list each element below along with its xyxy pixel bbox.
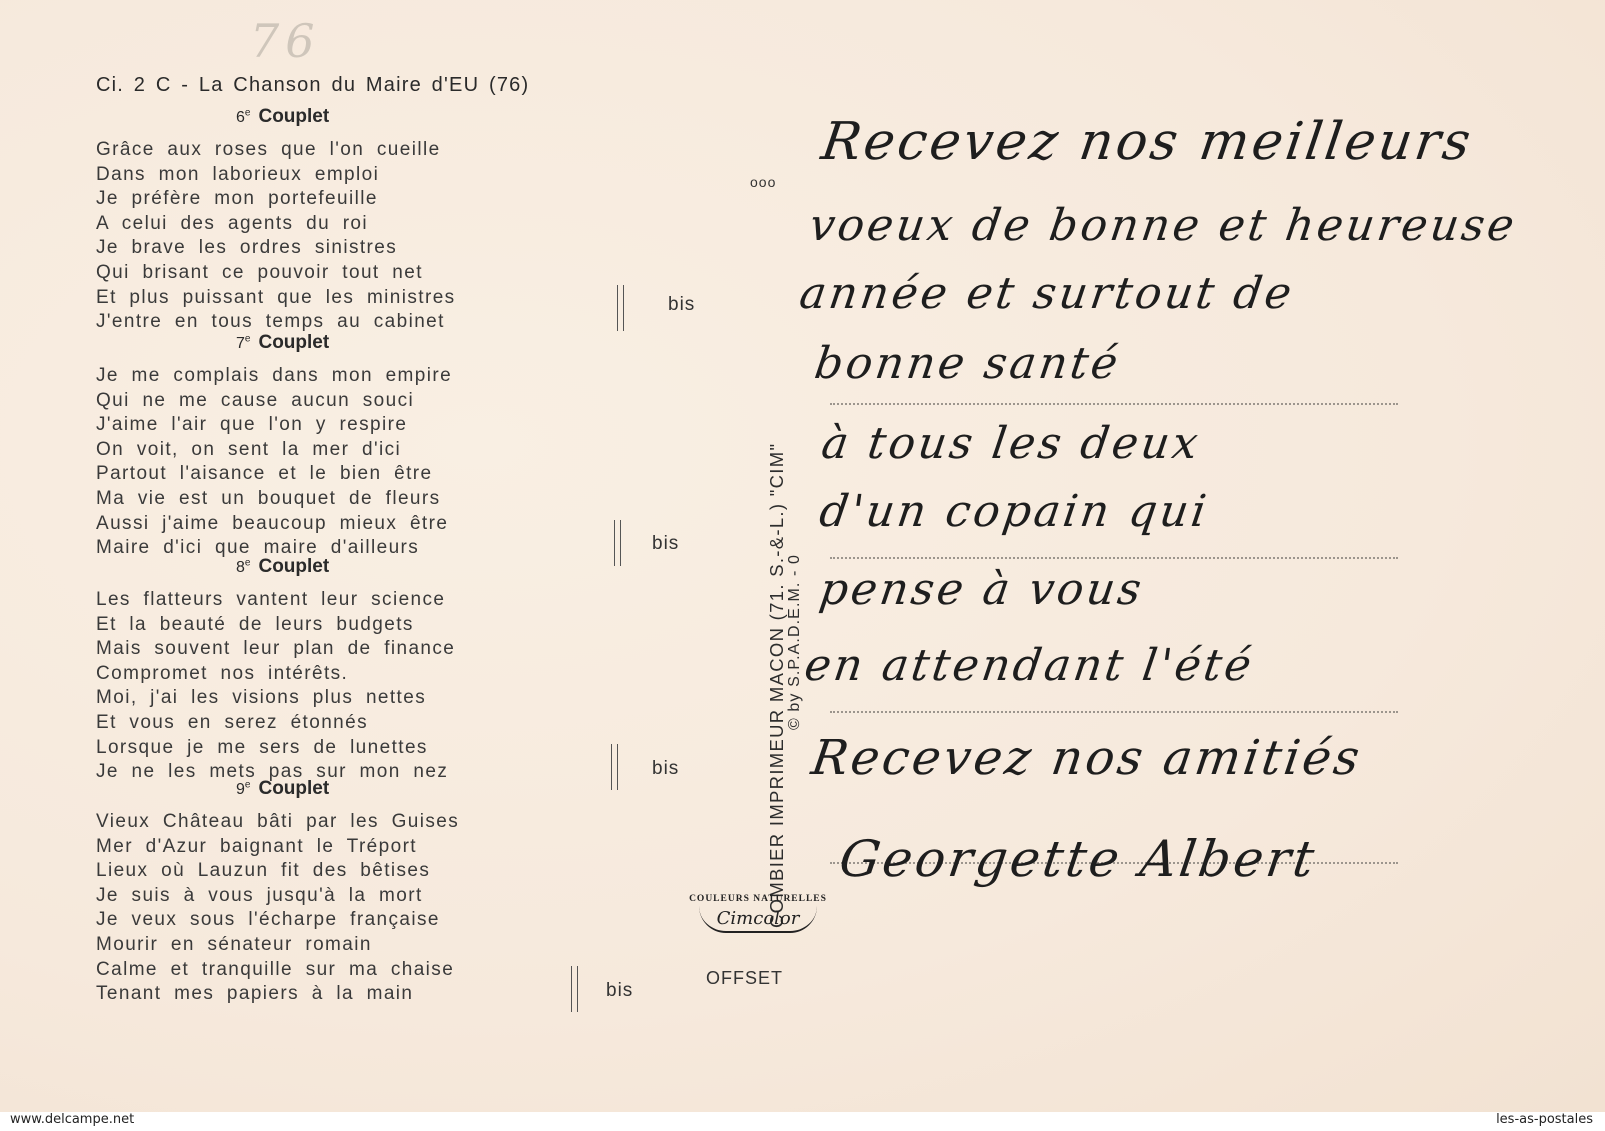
printer-credit: COMBIER IMPRIMEUR MACON (71. S.-&-L.) "C… [766, 443, 788, 928]
watermark-delcampe: www.delcampe.net [10, 1112, 134, 1127]
handwritten-line: année et surtout de [796, 268, 1297, 319]
address-guide-line [830, 711, 1398, 713]
code-mark: ooo [750, 174, 776, 190]
handwritten-line: en attendant l'été [801, 640, 1257, 691]
handwritten-signature: Georgette Albert [836, 830, 1321, 888]
repeat-label: bis [652, 758, 679, 780]
couplet-heading: 7eCouplet [236, 332, 329, 354]
handwritten-line: Recevez nos meilleurs [818, 112, 1477, 172]
couplet-heading: 6eCouplet [236, 106, 329, 128]
couplet-heading: 9eCouplet [236, 778, 329, 800]
handwritten-line: Recevez nos amitiés [808, 730, 1366, 786]
pencil-mark: 76 [250, 14, 321, 68]
couplet-verse: Je me complais dans mon empire Qui ne me… [96, 364, 452, 561]
repeat-bracket [617, 285, 624, 331]
repeat-bracket [571, 966, 578, 1012]
copyright-credit: © by S.P.A.D.E.M. - 0 [786, 554, 804, 730]
handwritten-line: pense à vous [816, 564, 1147, 615]
handwritten-line: voeux de bonne et heureuse [806, 200, 1520, 251]
repeat-label: bis [606, 980, 633, 1002]
couplet-verse: Vieux Château bâti par les Guises Mer d'… [96, 810, 459, 1007]
song-title: Ci. 2 C - La Chanson du Maire d'EU (76) [96, 74, 529, 97]
logo-top-text: COULEURS NATURELLES [668, 894, 848, 904]
address-guide-line [830, 403, 1398, 405]
address-guide-line [830, 557, 1398, 559]
cimcolor-logo: COULEURS NATURELLES Cimcolor [668, 894, 848, 933]
couplet-verse: Grâce aux roses que l'on cueille Dans mo… [96, 138, 456, 335]
watermark-les-as-postales: les-as-postales [1496, 1112, 1593, 1127]
handwritten-line: d'un copain qui [816, 486, 1212, 537]
handwritten-line: bonne santé [811, 338, 1123, 389]
couplet-heading: 8eCouplet [236, 556, 329, 578]
postcard-back: 76 Ci. 2 C - La Chanson du Maire d'EU (7… [0, 0, 1605, 1112]
offset-label: OFFSET [706, 968, 783, 989]
repeat-bracket [611, 744, 618, 790]
repeat-bracket [614, 520, 621, 566]
repeat-label: bis [652, 533, 679, 555]
couplet-verse: Les flatteurs vantent leur science Et la… [96, 588, 455, 785]
handwritten-line: à tous les deux [818, 418, 1204, 469]
logo-script-text: Cimcolor [699, 906, 818, 933]
repeat-label: bis [668, 294, 695, 316]
